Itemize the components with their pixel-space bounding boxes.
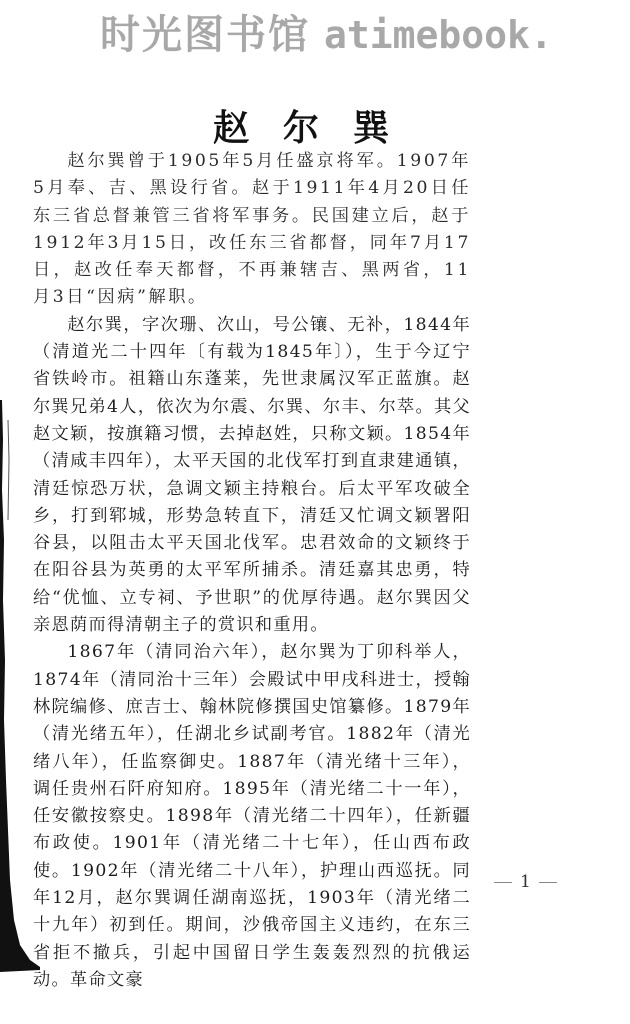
page-title: 赵尔巽 [0,106,630,150]
scan-binding-edge [0,400,40,980]
page-number-value: 1 [520,872,531,892]
watermark-cjk: 时光图书馆 [100,12,310,58]
page-number-dash-left [494,882,512,883]
paragraph-3: 1867年（清同治六年），赵尔巽为丁卯科举人，1874年（清同治十三年）会殿试中… [33,639,471,994]
page-number-dash-right [539,882,557,883]
watermark: 时光图书馆atimebook. [100,10,553,60]
watermark-latin: atimebook. [324,13,553,57]
paragraph-2: 赵尔巽，字次珊、次山，号公镶、无补，1844年（清道光二十四年〔有载为1845年… [33,312,471,640]
paragraph-1: 赵尔巽曾于1905年5月任盛京将军。1907年5月奉、吉、黑设行省。赵于1911… [33,148,471,312]
page-number: 1 [486,872,565,892]
body-text: 赵尔巽曾于1905年5月任盛京将军。1907年5月奉、吉、黑设行省。赵于1911… [33,148,471,994]
